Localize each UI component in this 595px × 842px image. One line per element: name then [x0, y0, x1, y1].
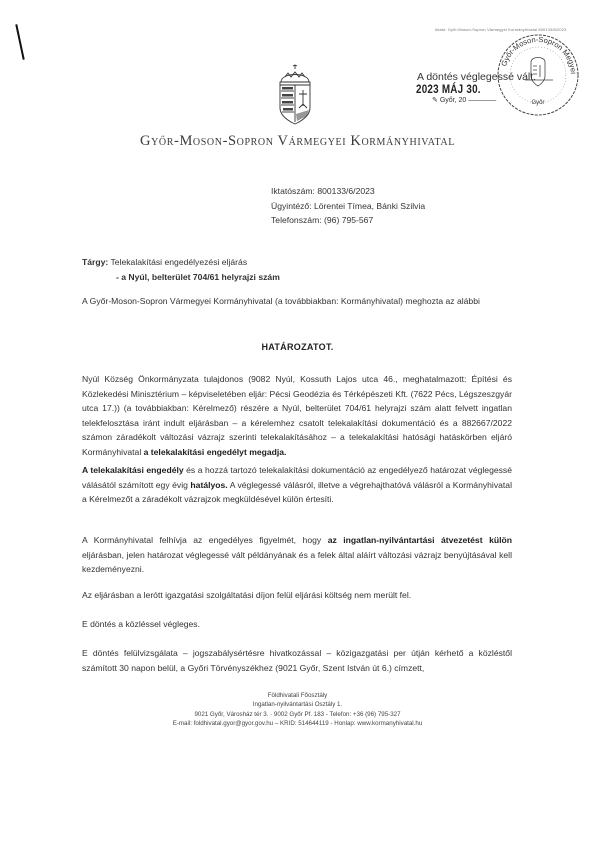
- subject-label: Tárgy:: [82, 257, 108, 267]
- paragraph-decision: Nyúl Község Önkormányzata tulajdonos (90…: [82, 372, 512, 459]
- case-number-row: Iktatószám: 800133/6/2023: [271, 184, 425, 199]
- signature-mark-icon: ✎: [432, 97, 440, 104]
- officer-name: Lörentei Tímea, Bánki Szilvia: [314, 201, 425, 211]
- subject-block: Tárgy: Telekalakítási engedélyezési eljá…: [82, 255, 280, 285]
- stamp-place: ✎ Győr, 20 ————: [432, 96, 496, 104]
- organization-title: Győr-Moson-Sopron Vármegyei Kormányhivat…: [0, 133, 595, 150]
- phone-number: (96) 795-567: [324, 215, 373, 225]
- case-meta: Iktatószám: 800133/6/2023 Ügyintéző: Lör…: [271, 184, 425, 228]
- footer-contact: E-mail: foldhivatal.gyor@gyor.gov.hu – K…: [0, 719, 595, 728]
- paragraph-registry: A Kormányhivatal felhívja az engedélyes …: [82, 533, 512, 577]
- intro-paragraph: A Győr-Moson-Sopron Vármegyei Kormányhiv…: [82, 294, 512, 309]
- officer-row: Ügyintéző: Lörentei Tímea, Bánki Szilvia: [271, 199, 425, 214]
- pen-mark: [15, 24, 24, 60]
- paragraph-appeal: E döntés felülvizsgálata – jogszabálysér…: [82, 646, 512, 675]
- footer-address: 9021 Győr, Városház tér 3. · 9002 Győr P…: [0, 710, 595, 719]
- paragraph-validity: A telekalakítási engedély és a hozzá tar…: [82, 463, 512, 507]
- coat-of-arms-icon: [273, 64, 317, 126]
- paragraph-costs: Az eljárásban a lerótt igazgatási szolgá…: [82, 588, 512, 603]
- svg-text:Győr: Győr: [531, 100, 544, 106]
- paragraph-finality: E döntés a közléssel végleges.: [82, 617, 512, 632]
- document-page: Iktató: Győr-Moson-Sopron Vármegyei Korm…: [0, 0, 595, 842]
- subject-parcel: - a Nyúl, belterület 704/61 helyrajzi sz…: [82, 270, 280, 285]
- subject-text: Telekalakítási engedélyezési eljárás: [111, 257, 248, 267]
- finality-stamp: Győr-Moson-Sopron Megyei Kormányhivatal …: [410, 40, 595, 135]
- document-footer: Földhivatali Főosztály Ingatlan-nyilvánt…: [0, 691, 595, 728]
- phone-row: Telefonszám: (96) 795-567: [271, 213, 425, 228]
- stamp-date: 2023 MÁJ 30.: [416, 82, 481, 96]
- footer-office: Ingatlan-nyilvántartási Osztály 1.: [0, 700, 595, 709]
- svg-text:Győr-Moson-Sopron Megyei Kormá: Győr-Moson-Sopron Megyei Kormányhivatal: [495, 32, 578, 75]
- case-number: 800133/6/2023: [317, 186, 374, 196]
- footer-department: Földhivatali Főosztály: [0, 691, 595, 700]
- decision-heading: HATÁROZATOT.: [0, 342, 595, 352]
